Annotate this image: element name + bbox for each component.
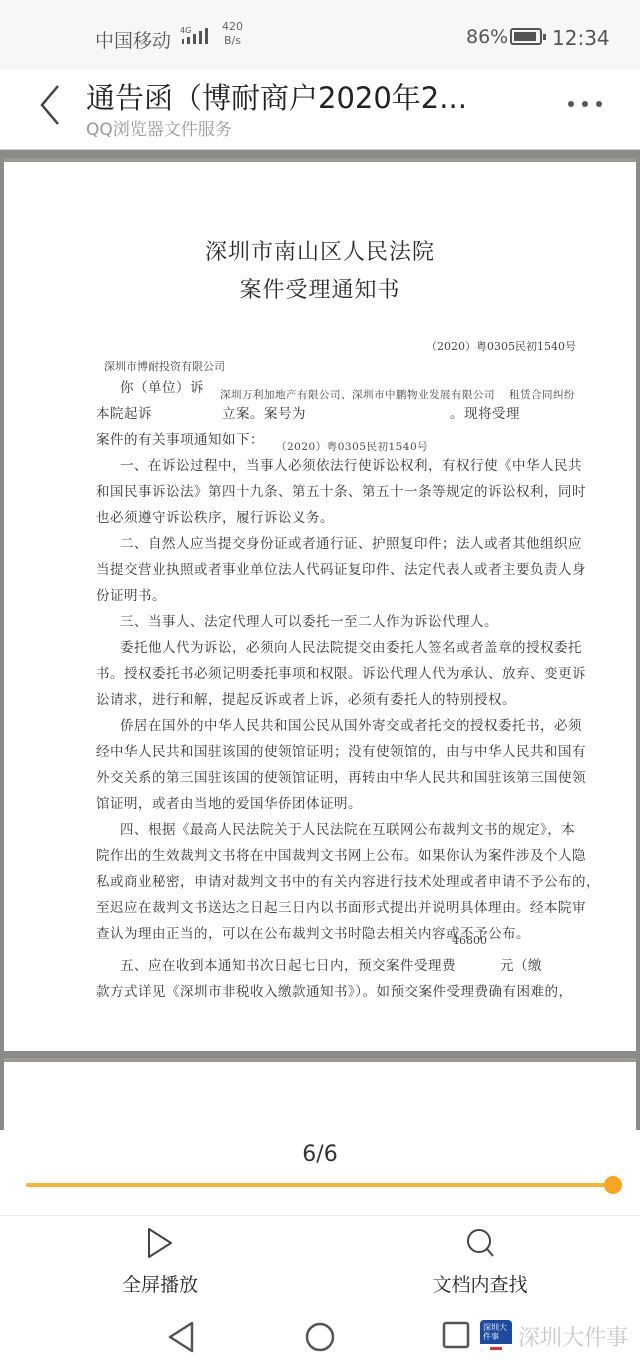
document-line: 立案。案号为 <box>222 402 306 422</box>
home-circle-icon[interactable] <box>300 1317 340 1357</box>
court-name: 深圳市南山区人民法院 <box>4 235 636 266</box>
back-triangle-icon[interactable] <box>162 1317 202 1357</box>
document-line: 和国民事诉讼法》第四十九条、第五十条、第五十一条等规定的诉讼权利，同时 <box>96 480 586 500</box>
recipient-name: 深圳市博耐投资有限公司 <box>104 358 225 374</box>
document-line: 案件的有关事项通知如下： <box>96 428 264 448</box>
watermark-text: 深圳大件事 <box>518 1321 628 1352</box>
document-line: 侨居在国外的中华人民共和国公民从国外寄交或者托交的授权委托书，必须 <box>120 714 582 734</box>
back-button[interactable] <box>30 80 70 130</box>
document-line: 私或商业秘密，申请对裁判文书中的有关内容进行技术处理或者申请不予公布的， <box>96 870 600 890</box>
document-line: 元（缴 <box>500 954 542 974</box>
document-line: 二、自然人应当提交身份证或者通行证、护照复印件；法人或者其他组织应 <box>120 532 582 552</box>
document-line: 书。授权委托书必须记明委托事项和权限。诉讼代理人代为承认、放弃、变更诉 <box>96 662 586 682</box>
document-line: 一、在诉讼过程中，当事人必须依法行使诉讼权利，有权行使《中华人民共 <box>120 454 582 474</box>
document-line: 五、应在收到本通知书次日起七日内，预交案件受理费 <box>120 954 456 974</box>
carrier-name: 中国移动 <box>95 26 171 53</box>
document-line: 本院起诉 <box>96 402 152 422</box>
document-line: 经中华人民共和国驻该国的使领馆证明；没有使领馆的，由与中华人民共和国有 <box>96 740 586 760</box>
document-line: 当提交营业执照或者事业单位法人代码证复印件、法定代表人或者主要负责人身 <box>96 558 586 578</box>
speed-value: 420 <box>222 20 243 34</box>
next-document-page <box>4 1058 636 1130</box>
title-bar: 通告函（博耐商户2020年2... QQ浏览器文件服务 <box>0 70 640 150</box>
document-line: 也必须遵守诉讼秩序，履行诉讼义务。 <box>96 506 334 526</box>
watermark: 深圳大件事 深圳大件事 <box>480 1320 628 1352</box>
recents-square-icon[interactable] <box>436 1317 476 1357</box>
more-dot <box>596 101 602 107</box>
document-line: 你（单位）诉 <box>120 376 204 396</box>
document-viewer[interactable]: 深圳市南山区人民法院 案件受理通知书 （2020）粤0305民初1540号 深圳… <box>0 150 640 1130</box>
status-bar: 中国移动 4G 420 B/s 86% 12:34 <box>0 0 640 70</box>
page-slider[interactable] <box>26 1183 614 1187</box>
network-speed: 420 B/s <box>222 20 243 48</box>
find-in-document-button[interactable]: 文档内查找 <box>400 1226 560 1297</box>
filled-fee-amount: 46800 <box>452 934 487 947</box>
document-line: 至迟应在裁判文书送达之日起三日内以书面形式提出并说明具体理由。经本院审 <box>96 896 586 916</box>
document-line: 三、当事人、法定代理人可以委托一至二人作为诉讼代理人。 <box>120 610 498 630</box>
fullscreen-play-button[interactable]: 全屏播放 <box>80 1226 240 1297</box>
action-bar: 全屏播放 文档内查找 <box>0 1215 640 1305</box>
svg-text:4G: 4G <box>180 26 191 35</box>
document-line: 外交关系的第三国驻该国的使领馆证明，再转由中华人民共和国驻该第三国使领 <box>96 766 586 786</box>
system-nav-bar: 深圳大件事 深圳大件事 <box>0 1305 640 1370</box>
document-source: QQ浏览器文件服务 <box>86 115 232 140</box>
find-in-document-label: 文档内查找 <box>400 1270 560 1297</box>
clock: 12:34 <box>552 26 610 50</box>
filled-case-number: （2020）粤0305民初1540号 <box>276 439 428 454</box>
chevron-left-icon <box>30 80 70 130</box>
document-title: 通告函（博耐商户2020年2... <box>86 76 467 117</box>
document-line: 款方式详见《深圳市非税收入缴款通知书》）。如预交案件受理费确有困难的， <box>96 980 573 1000</box>
document-page: 深圳市南山区人民法院 案件受理通知书 （2020）粤0305民初1540号 深圳… <box>4 158 636 1051</box>
speed-unit: B/s <box>222 34 243 48</box>
battery-percent: 86% <box>466 26 508 48</box>
page-indicator: 6/6 <box>0 1130 640 1215</box>
document-line: 。现将受理 <box>450 402 520 422</box>
filled-cause: 租赁合同纠纷 <box>509 387 575 402</box>
document-line: 讼请求，进行和解，提起反诉或者上诉，必须有委托人的特别授权。 <box>96 688 516 708</box>
document-line: 馆证明，或者由当地的爱国华侨团体证明。 <box>96 792 362 812</box>
watermark-logo-text: 深圳大件事 <box>483 1323 512 1341</box>
page-slider-thumb[interactable] <box>604 1176 622 1194</box>
case-number: （2020）粤0305民初1540号 <box>426 338 576 354</box>
document-line: 院作出的生效裁判文书将在中国裁判文书网上公布。如果你认为案件涉及个人隐 <box>96 844 586 864</box>
fullscreen-play-label: 全屏播放 <box>80 1270 240 1297</box>
page-count: 6/6 <box>0 1142 640 1167</box>
notice-title: 案件受理通知书 <box>4 273 636 304</box>
battery-icon <box>510 28 542 45</box>
document-line: 四、根据《最高人民法院关于人民法院在互联网公布裁判文书的规定》，本 <box>120 818 575 838</box>
filled-defendants: 深圳万利加地产有限公司、深圳市中鹏物业发展有限公司 <box>220 387 495 402</box>
watermark-logo-icon: 深圳大件事 <box>480 1320 512 1352</box>
signal-4g-icon: 4G <box>180 24 216 48</box>
more-horizontal-icon <box>568 101 574 107</box>
more-options-button[interactable] <box>568 92 618 116</box>
logo-band-accent <box>490 1347 502 1350</box>
search-icon <box>465 1226 495 1260</box>
play-icon <box>145 1226 175 1260</box>
document-line: 委托他人代为诉讼，必须向人民法院提交由委托人签名或者盖章的授权委托 <box>120 636 582 656</box>
document-line: 份证明书。 <box>96 584 166 604</box>
more-dot <box>582 101 588 107</box>
